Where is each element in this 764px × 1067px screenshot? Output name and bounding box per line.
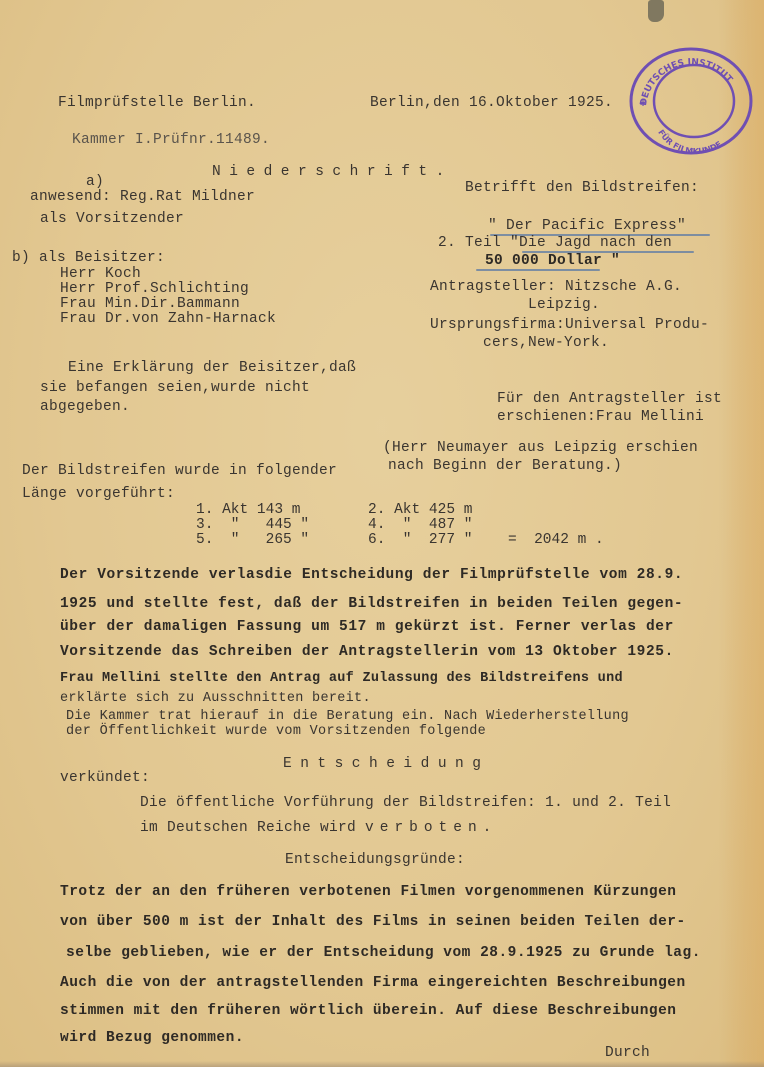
ink-smudge (648, 0, 664, 22)
origin-line1: Ursprungsfirma:Universal Produ- (430, 318, 709, 333)
part-title-line2: 50 000 Dollar " (485, 254, 620, 269)
section-a-label: a) (86, 175, 104, 190)
document-title: Niederschrift. (212, 165, 453, 180)
reasons-line: von über 500 m ist der Inhalt des Films … (60, 915, 686, 930)
decision-announced: verkündet: (60, 771, 150, 786)
reel-total-cell (508, 503, 604, 518)
appearance-line: erschienen:Frau Mellini (497, 410, 704, 425)
paper-bottom-edge (0, 1061, 764, 1067)
place-date: Berlin,den 16.Oktober 1925. (370, 96, 613, 111)
reel-length-cell: 4. " 487 " (368, 518, 508, 533)
paper-edge-shading (724, 0, 764, 1067)
applicant-line2: Leipzig. (528, 298, 600, 313)
institute-stamp: DEUTSCHES INSTITUT FÜR FILMKUNDE ✱ (628, 46, 754, 156)
declaration-line: sie befangen seien,wurde nicht (40, 381, 310, 396)
reasons-heading: Entscheidungsgründe: (285, 853, 465, 868)
reasons-line: Auch die von der antragstellenden Firma … (60, 976, 686, 991)
reasons-line: wird Bezug genommen. (60, 1031, 244, 1046)
paragraph-line: der Öffentlichkeit wurde vom Vorsitzende… (66, 725, 486, 739)
paragraph-line: über der damaligen Fassung um 517 m gekü… (60, 620, 674, 635)
assessor-item: Frau Dr.von Zahn-Harnack (60, 312, 276, 327)
office-name: Filmprüfstelle Berlin. (58, 96, 256, 111)
reel-length-cell: 6. " 277 " (368, 533, 508, 548)
assessor-item: Frau Min.Dir.Bammann (60, 297, 240, 312)
reel-lengths-table: 1. Akt 143 m 2. Akt 425 m 3. " 445 " 4. … (196, 503, 604, 548)
reel-length-cell: 2. Akt 425 m (368, 503, 508, 518)
paragraph-line: Der Vorsitzende verlasdie Entscheidung d… (60, 568, 683, 583)
applicant-line1: Antragsteller: Nitzsche A.G. (430, 280, 682, 295)
paragraph-line: erklärte sich zu Ausschnitten bereit. (60, 692, 371, 706)
assessor-item: Herr Prof.Schlichting (60, 282, 249, 297)
continuation-word: Durch (605, 1046, 650, 1061)
reel-length-cell: 1. Akt 143 m (196, 503, 368, 518)
paragraph-line: Vorsitzende das Schreiben der Antragstel… (60, 645, 674, 660)
reel-total-cell: = 2042 m . (508, 533, 604, 548)
reel-length-cell: 3. " 445 " (196, 518, 368, 533)
decision-line1: Die öffentliche Vorführung der Bildstrei… (140, 796, 671, 811)
paragraph-line: Die Kammer trat hierauf in die Beratung … (66, 710, 629, 724)
part-title-line1: 2. Teil "Die Jagd nach den (438, 236, 672, 251)
late-note-line: (Herr Neumayer aus Leipzig erschien (383, 441, 698, 456)
decision-line2-prefix: im Deutschen Reiche wird (140, 820, 365, 836)
declaration-line: Eine Erklärung der Beisitzer,daß (68, 361, 356, 376)
decision-heading: Entscheidung (283, 757, 489, 772)
origin-line2: cers,New-York. (483, 336, 609, 351)
appearance-line: Für den Antragsteller ist (497, 392, 722, 407)
table-row: 3. " 445 " 4. " 487 " (196, 518, 604, 533)
chamber-number: Kammer I.Prüfnr.11489. (72, 133, 270, 148)
reasons-line: selbe geblieben, wie er der Entscheidung… (66, 946, 701, 961)
assessors-label: b) als Beisitzer: (12, 251, 165, 266)
chairman-role: als Vorsitzender (40, 212, 184, 227)
reasons-line: stimmen mit den früheren wörtlich überei… (60, 1004, 677, 1019)
chairman-present: anwesend: Reg.Rat Mildner (30, 190, 255, 205)
film-title: " Der Pacific Express" (488, 219, 686, 234)
declaration-line: abgegeben. (40, 400, 130, 415)
amount-underline (476, 269, 600, 271)
table-row: 1. Akt 143 m 2. Akt 425 m (196, 503, 604, 518)
screening-line: Länge vorgeführt: (22, 487, 175, 502)
reel-total-cell (508, 518, 604, 533)
decision-verdict: verboten. (365, 820, 497, 836)
subject-label: Betrifft den Bildstreifen: (465, 181, 699, 196)
assessor-item: Herr Koch (60, 267, 141, 282)
late-note-line: nach Beginn der Beratung.) (388, 459, 622, 474)
paragraph-line: 1925 und stellte fest, daß der Bildstrei… (60, 597, 683, 612)
reel-length-cell: 5. " 265 " (196, 533, 368, 548)
table-row: 5. " 265 " 6. " 277 " = 2042 m . (196, 533, 604, 548)
decision-line2: im Deutschen Reiche wird verboten. (140, 821, 497, 836)
stamp-star-icon: ✱ (640, 99, 646, 110)
paragraph-line: Frau Mellini stellte den Antrag auf Zula… (60, 672, 623, 686)
screening-line: Der Bildstreifen wurde in folgender (22, 464, 337, 479)
reasons-line: Trotz der an den früheren verbotenen Fil… (60, 885, 677, 900)
